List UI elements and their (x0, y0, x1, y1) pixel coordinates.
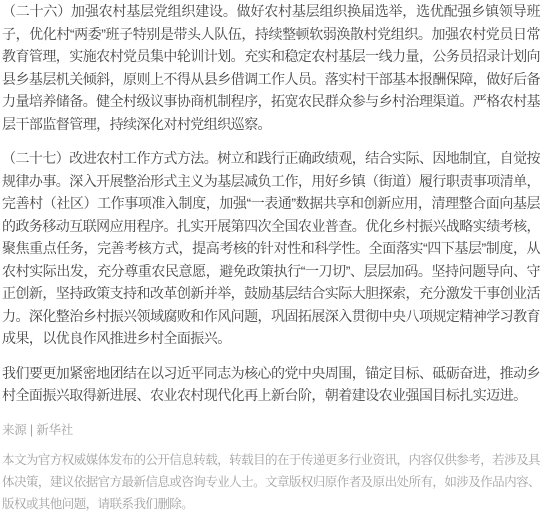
paragraph-section-26: （二十六）加强农村基层党组织建设。做好农村基层组织换届选举，选优配强乡镇领导班子… (2, 0, 540, 135)
article-page: （二十六）加强农村基层党组织建设。做好农村基层组织换届选举，选优配强乡镇领导班子… (0, 0, 542, 511)
disclaimer-text: 本文为官方权威媒体发布的公开信息转载，转载目的在于传递更多行业资讯，内容仅供参考… (2, 449, 540, 511)
source-attribution: 来源 | 新华社 (2, 419, 540, 441)
closing-paragraph: 我们要更加紧密地团结在以习近平同志为核心的党中央周围，锚定目标、砥砺奋进，推动乡… (2, 362, 540, 407)
paragraph-section-27: （二十七）改进农村工作方式方法。树立和践行正确政绩观，结合实际、因地制宜，自觉按… (2, 147, 540, 350)
